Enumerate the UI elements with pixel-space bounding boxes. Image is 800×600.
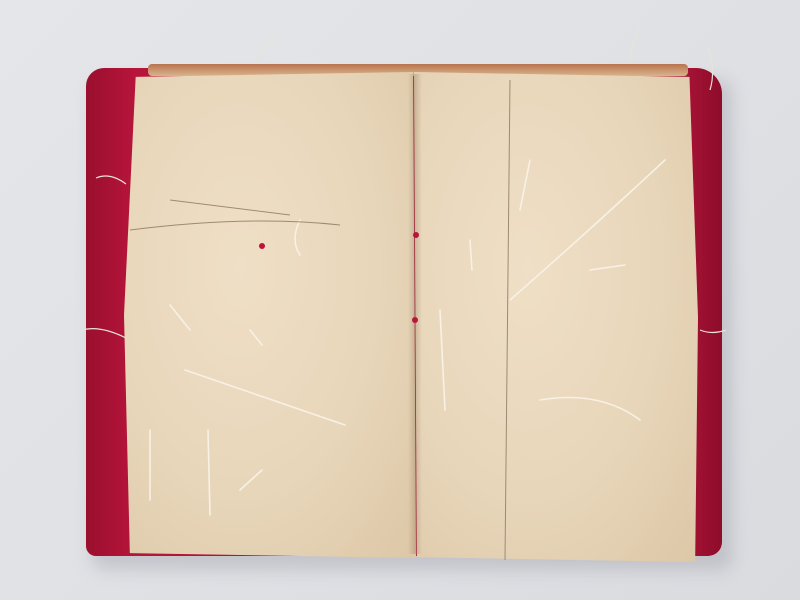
page-wear-marks [0, 0, 800, 600]
